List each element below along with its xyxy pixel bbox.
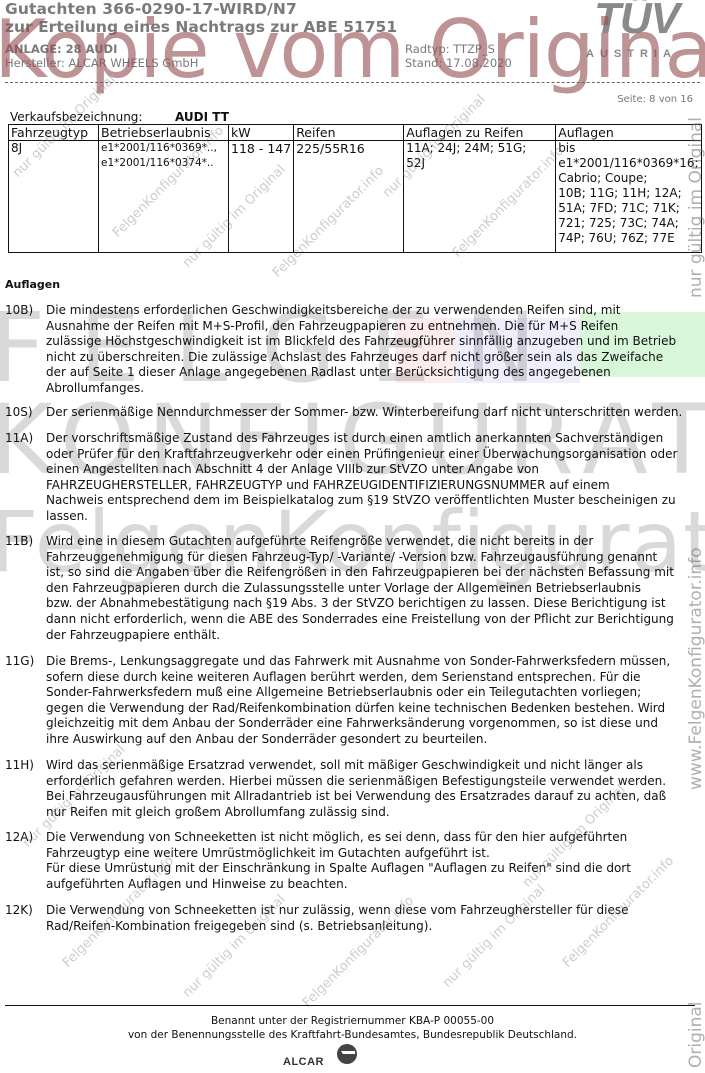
- alcar-logo-icon: [337, 1044, 357, 1064]
- footer-divider: [5, 1005, 695, 1006]
- auflage-item-12k: 12K) Die Verwendung von Schneeketten ist…: [5, 903, 695, 934]
- tuv-logo-word: TÜV: [594, 0, 679, 44]
- auflage-text: Die Verwendung von Schneeketten ist nich…: [46, 830, 695, 892]
- col-auflagen-zu-reifen: Auflagen zu Reifen: [404, 125, 556, 141]
- document-page: FELGEN KONFIGURATOR FelgenKonfigurator.i…: [0, 0, 705, 1073]
- auflage-item-11g: 11G) Die Brems-, Lenkungsaggregate und d…: [5, 654, 695, 748]
- header-divider: [5, 82, 700, 83]
- auflage-text: Die Verwendung von Schneeketten ist nur …: [46, 903, 695, 934]
- auflage-text: Der vorschriftsmäßige Zustand des Fahrze…: [46, 431, 695, 525]
- auflage-code: 11H): [5, 758, 45, 774]
- hersteller-label: Hersteller: ALCAR WHEELS GmbH: [5, 56, 198, 70]
- sales-designation: Verkaufsbezeichnung: AUDI TT: [10, 110, 142, 124]
- auflage-item-10s: 10S) Der serienmäßige Nenndurchmesser de…: [5, 405, 695, 421]
- auflage-code: 12K): [5, 903, 45, 919]
- auflage-code: 11A): [5, 431, 45, 447]
- auflage-item-11b: 11B) Wird eine in diesem Gutachten aufge…: [5, 534, 695, 643]
- cell-betriebserlaubnis: e1*2001/116*0369*.., e1*2001/116*0374*..: [99, 141, 229, 253]
- table-row: 8J e1*2001/116*0369*.., e1*2001/116*0374…: [9, 141, 702, 253]
- sales-designation-value: AUDI TT: [175, 110, 229, 124]
- auflage-code: 10S): [5, 405, 45, 421]
- col-betriebserlaubnis: Betriebserlaubnis: [99, 125, 229, 141]
- anlage-label: ANLAGE: 28 AUDI: [5, 42, 117, 56]
- auflage-text: Die mindestens erforderlichen Geschwindi…: [46, 303, 695, 397]
- auflage-item-11h: 11H) Wird das serienmäßige Ersatzrad ver…: [5, 758, 695, 820]
- watermark-small: nur gültig im Original: [440, 882, 548, 990]
- auflage-code: 10B): [5, 303, 45, 319]
- auflage-code: 11B): [5, 534, 45, 550]
- page-number: Seite: 8 von 16: [617, 94, 693, 105]
- radtyp-label: Radtyp: TTZP_S: [405, 42, 495, 56]
- auflage-item-12a: 12A) Die Verwendung von Schneeketten ist…: [5, 830, 695, 892]
- vehicle-spec-table: Fahrzeugtyp Betriebserlaubnis kW Reifen …: [8, 124, 702, 253]
- auflage-text: Wird das serienmäßige Ersatzrad verwende…: [46, 758, 695, 820]
- document-title: Gutachten 366-0290-17-WIRD/N7: [5, 0, 297, 18]
- footer-registration: Benannt unter der Registriernummer KBA-P…: [0, 1015, 705, 1027]
- stand-label: Stand: 17.08.2020: [405, 56, 512, 70]
- cell-auflagen: bis e1*2001/116*0369*16; Cabrio; Coupe; …: [556, 141, 701, 253]
- col-reifen: Reifen: [294, 125, 404, 141]
- document-subtitle: zur Erteilung eines Nachtrags zur ABE 51…: [5, 18, 397, 36]
- col-auflagen: Auflagen: [556, 125, 701, 141]
- tuv-logo-country: AUSTRIA: [586, 48, 677, 60]
- auflage-text: Wird eine in diesem Gutachten aufgeführt…: [46, 534, 695, 643]
- cell-auflagen-zu-reifen: 11A; 24J; 24M; 51G; 52J: [404, 141, 556, 253]
- tuv-austria-logo: TÜV AUSTRIA: [578, 2, 698, 66]
- alcar-logo: ALCAR: [283, 1044, 363, 1072]
- col-kw: kW: [229, 125, 294, 141]
- cell-kw: 118 - 147: [229, 141, 294, 253]
- alcar-logo-word: ALCAR: [283, 1056, 324, 1068]
- cell-fahrzeugtyp: 8J: [9, 141, 99, 253]
- sales-designation-label: Verkaufsbezeichnung:: [10, 110, 142, 124]
- table-header-row: Fahrzeugtyp Betriebserlaubnis kW Reifen …: [9, 125, 702, 141]
- auflage-item-10b: 10B) Die mindestens erforderlichen Gesch…: [5, 303, 695, 397]
- auflage-text: Die Brems-, Lenkungsaggregate und das Fa…: [46, 654, 695, 748]
- col-fahrzeugtyp: Fahrzeugtyp: [9, 125, 99, 141]
- footer-authority: von der Benennungsstelle des Kraftfahrt-…: [0, 1029, 705, 1041]
- auflage-code: 12A): [5, 830, 45, 846]
- auflagen-heading: Auflagen: [5, 278, 60, 291]
- auflage-code: 11G): [5, 654, 45, 670]
- auflage-text: Der serienmäßige Nenndurchmesser der Som…: [46, 405, 695, 421]
- auflage-item-11a: 11A) Der vorschriftsmäßige Zustand des F…: [5, 431, 695, 525]
- cell-reifen: 225/55R16: [294, 141, 404, 253]
